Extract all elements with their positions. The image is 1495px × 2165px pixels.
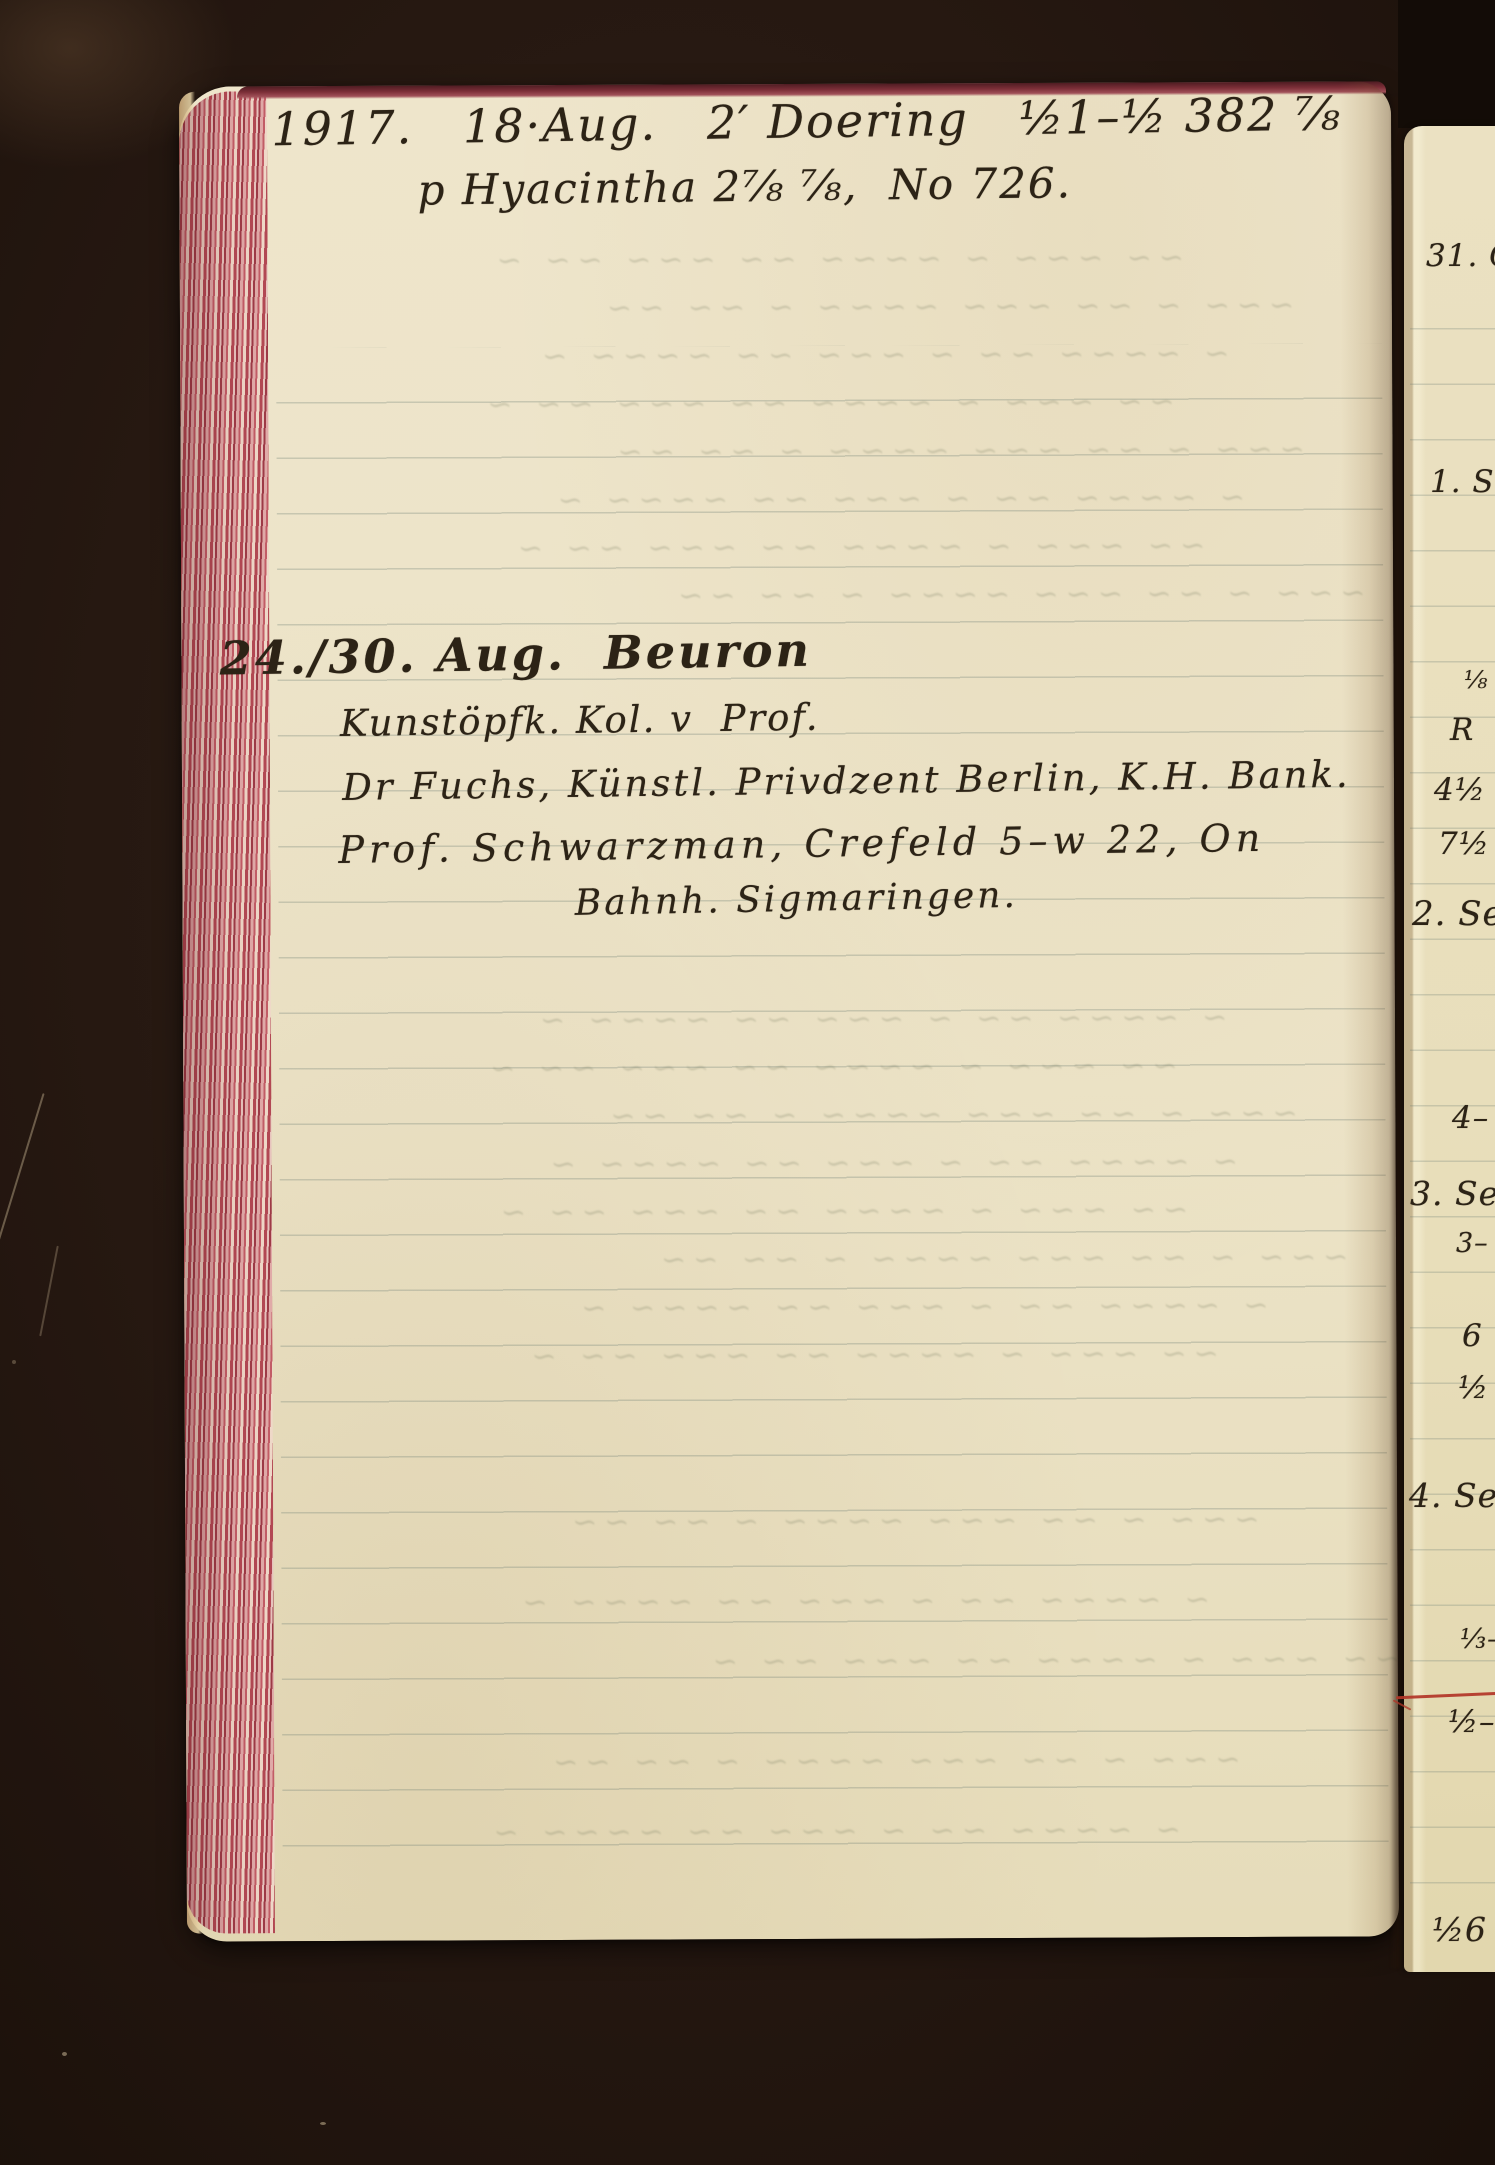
bleedthrough-line: ~ ~~~~ ~~ ~ ~~~ ~~ ~~~~ ~ [544,1144,1238,1182]
background-scratch [39,1246,59,1337]
entry-date-line: 24./30. Aug. Beuron [219,623,812,686]
bleedthrough-line: ~ ~~~~ ~~ ~ ~~~ ~~ ~~~~ ~ [535,336,1229,374]
bleedthrough-line: ~~~ ~ ~~ ~~~ ~~~~ ~ ~~ ~~ [654,1240,1348,1278]
right-page-fragment: 3– [1456,1228,1489,1259]
bleedthrough-line: ~~ ~~~ ~ ~~~~ ~~ ~~~ ~~ ~ [483,1048,1177,1086]
bleedthrough-line: ~ ~~~~ ~~ ~ ~~~ ~~ ~~~~ ~ [516,1582,1210,1620]
right-page-fragment: 4. Sep [1409,1476,1495,1515]
bleedthrough-line: ~~ ~~~ ~ ~~~~ ~~ ~~~ ~~ ~ [511,528,1205,566]
bleedthrough-line: ~ ~~~~ ~~ ~ ~~~ ~~ ~~~~ ~ [551,480,1245,518]
right-page-fragment: ⅓– [1460,1624,1495,1655]
bleedthrough-line: ~~~ ~ ~~ ~~~ ~~~~ ~ ~~ ~~ [565,1502,1259,1540]
bleedthrough-line: ~~ ~~~ ~ ~~~~ ~~ ~~~ ~~ ~ [524,1336,1218,1374]
photograph-background: 1917. 18·Aug. 2′ Doering ½1–½ 382 ⅞ p Hy… [0,0,1495,2165]
heading-line-2: p Hyacintha 2⅞ ⅞, No 726. [417,158,1072,214]
page-edge-red-deckle [179,91,275,1933]
right-page-fragment: ½6 [1432,1910,1487,1949]
right-page-fragment: ½– [1448,1704,1495,1740]
right-page-fragment: 4½ [1434,772,1486,808]
bleedthrough-line: ~ ~~~~ ~~ ~ ~~~ ~~ ~~~~ ~ [533,1000,1227,1038]
bleedthrough-line: ~~ ~~~ ~ ~~~~ ~~ ~~~ ~~ ~ [480,384,1174,422]
right-page-fragment: R [1450,712,1474,748]
background-speck [12,1360,16,1364]
right-page-fragment: 3. Sep [1410,1174,1495,1213]
bleedthrough-line: ~~~ ~ ~~ ~~~ ~~~~ ~ ~~ ~~ [603,1096,1297,1134]
bleedthrough-line: ~~~ ~ ~~ ~~~ ~~~~ ~ ~~ ~~ [610,432,1304,470]
bleedthrough-line: ~ ~~~~ ~~ ~ ~~~ ~~ ~~~~ ~ [487,1812,1181,1850]
right-page-fragment: 2. Sep [1412,894,1495,934]
notebook-page-left: 1917. 18·Aug. 2′ Doering ½1–½ 382 ⅞ p Hy… [179,81,1399,1941]
bleedthrough-line: ~~ ~~~ ~ ~~~~ ~~ ~~~ ~~ ~ [494,1192,1188,1230]
bleedthrough-line: ~~~ ~ ~~ ~~~ ~~~~ ~ ~~ ~~ [600,288,1294,326]
ruled-lines [276,343,1389,1860]
background-speck [320,2122,326,2125]
bleedthrough-line: ~ ~~~~ ~~ ~ ~~~ ~~ ~~~~ ~ [574,1288,1268,1326]
bleedthrough-line: ~~~ ~ ~~ ~~~ ~~~~ ~ ~~ ~~ [671,575,1365,613]
right-page-fragment: ½ [1458,1370,1489,1406]
entry-line-3: Dr Fuchs, Künstl. Privdzent Berlin, K.H.… [342,753,1351,809]
right-page-fragment: ⅛ [1464,666,1488,694]
background-top-right [1398,0,1495,128]
right-page-fragment: 1. Se [1430,464,1495,500]
right-page-fragment: 31. O [1426,238,1495,274]
right-page-fragment: 6 [1462,1318,1483,1354]
right-page-fragment: 4– [1452,1100,1489,1136]
bleedthrough-line: ~~~ ~ ~~ ~~~ ~~~~ ~ ~~ ~~ [546,1742,1240,1780]
background-scratch [0,1093,45,1242]
entry-line-2: Kunstöpfk. Kol. v Prof. [340,696,820,745]
notebook-page-right: 31. O 1. Se ⅛ R 4½ 7½ 2. Sep 4– 3. Sep 3… [1404,126,1495,1972]
entry-line-5: Bahnh. Sigmaringen. [574,875,1018,924]
entry-line-4: Prof. Schwarzman, Crefeld 5–w 22, On [338,816,1265,872]
background-speck [62,2052,67,2056]
right-page-fragment: 7½ [1438,826,1490,862]
bleedthrough-line: ~~ ~~~ ~ ~~~~ ~~ ~~~ ~~ ~ [706,1641,1400,1679]
bleedthrough-line: ~~ ~~~ ~ ~~~~ ~~ ~~~ ~~ ~ [490,240,1184,278]
